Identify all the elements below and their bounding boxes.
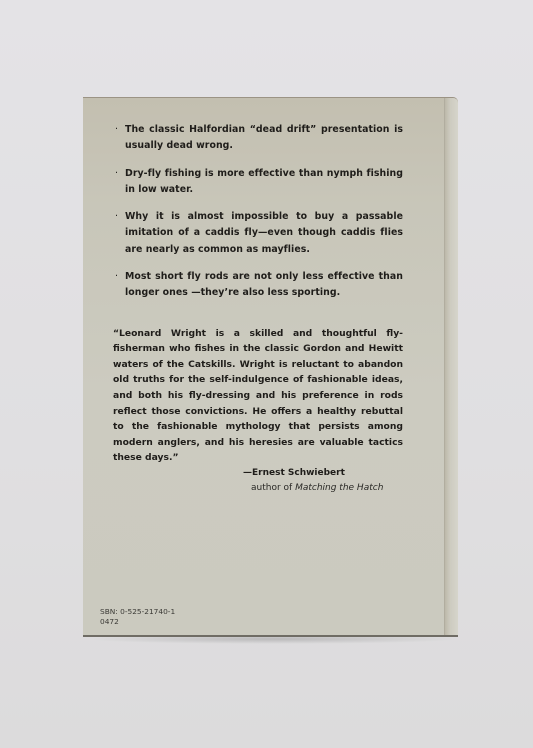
bullet-dot-icon: · [115,166,118,182]
isbn-number: SBN: 0-525-21740-1 [100,607,175,617]
bullet-text: Dry-fly fishing is more effective than n… [125,168,403,195]
attribution-subtitle: author of Matching the Hatch [251,481,403,496]
attribution-prefix: author of [251,483,295,493]
bullet-dot-icon: · [115,122,118,138]
bullet-item: · The classic Halfordian “dead drift” pr… [113,122,403,155]
bullet-item: · Most short fly rods are not only less … [113,269,403,302]
bullet-list: · The classic Halfordian “dead drift” pr… [113,122,403,302]
attribution-name: —Ernest Schwiebert [243,466,403,481]
endorsement-quote: “Leonard Wright is a skilled and thought… [113,326,403,466]
bullet-dot-icon: · [115,269,118,285]
bullet-text: The classic Halfordian “dead drift” pres… [125,124,403,151]
attribution-book-title: Matching the Hatch [295,483,383,493]
book-back-cover: · The classic Halfordian “dead drift” pr… [83,97,458,637]
bullet-text: Why it is almost impossible to buy a pas… [125,211,403,255]
bullet-item: · Why it is almost impossible to buy a p… [113,209,403,258]
bullet-text: Most short fly rods are not only less ef… [125,271,403,298]
isbn-block: SBN: 0-525-21740-1 0472 [100,607,175,627]
price-code: 0472 [100,617,175,627]
book-spine-edge [444,98,458,635]
bullet-dot-icon: · [115,209,118,225]
bullet-item: · Dry-fly fishing is more effective than… [113,166,403,199]
cover-text: · The classic Halfordian “dead drift” pr… [113,122,403,496]
